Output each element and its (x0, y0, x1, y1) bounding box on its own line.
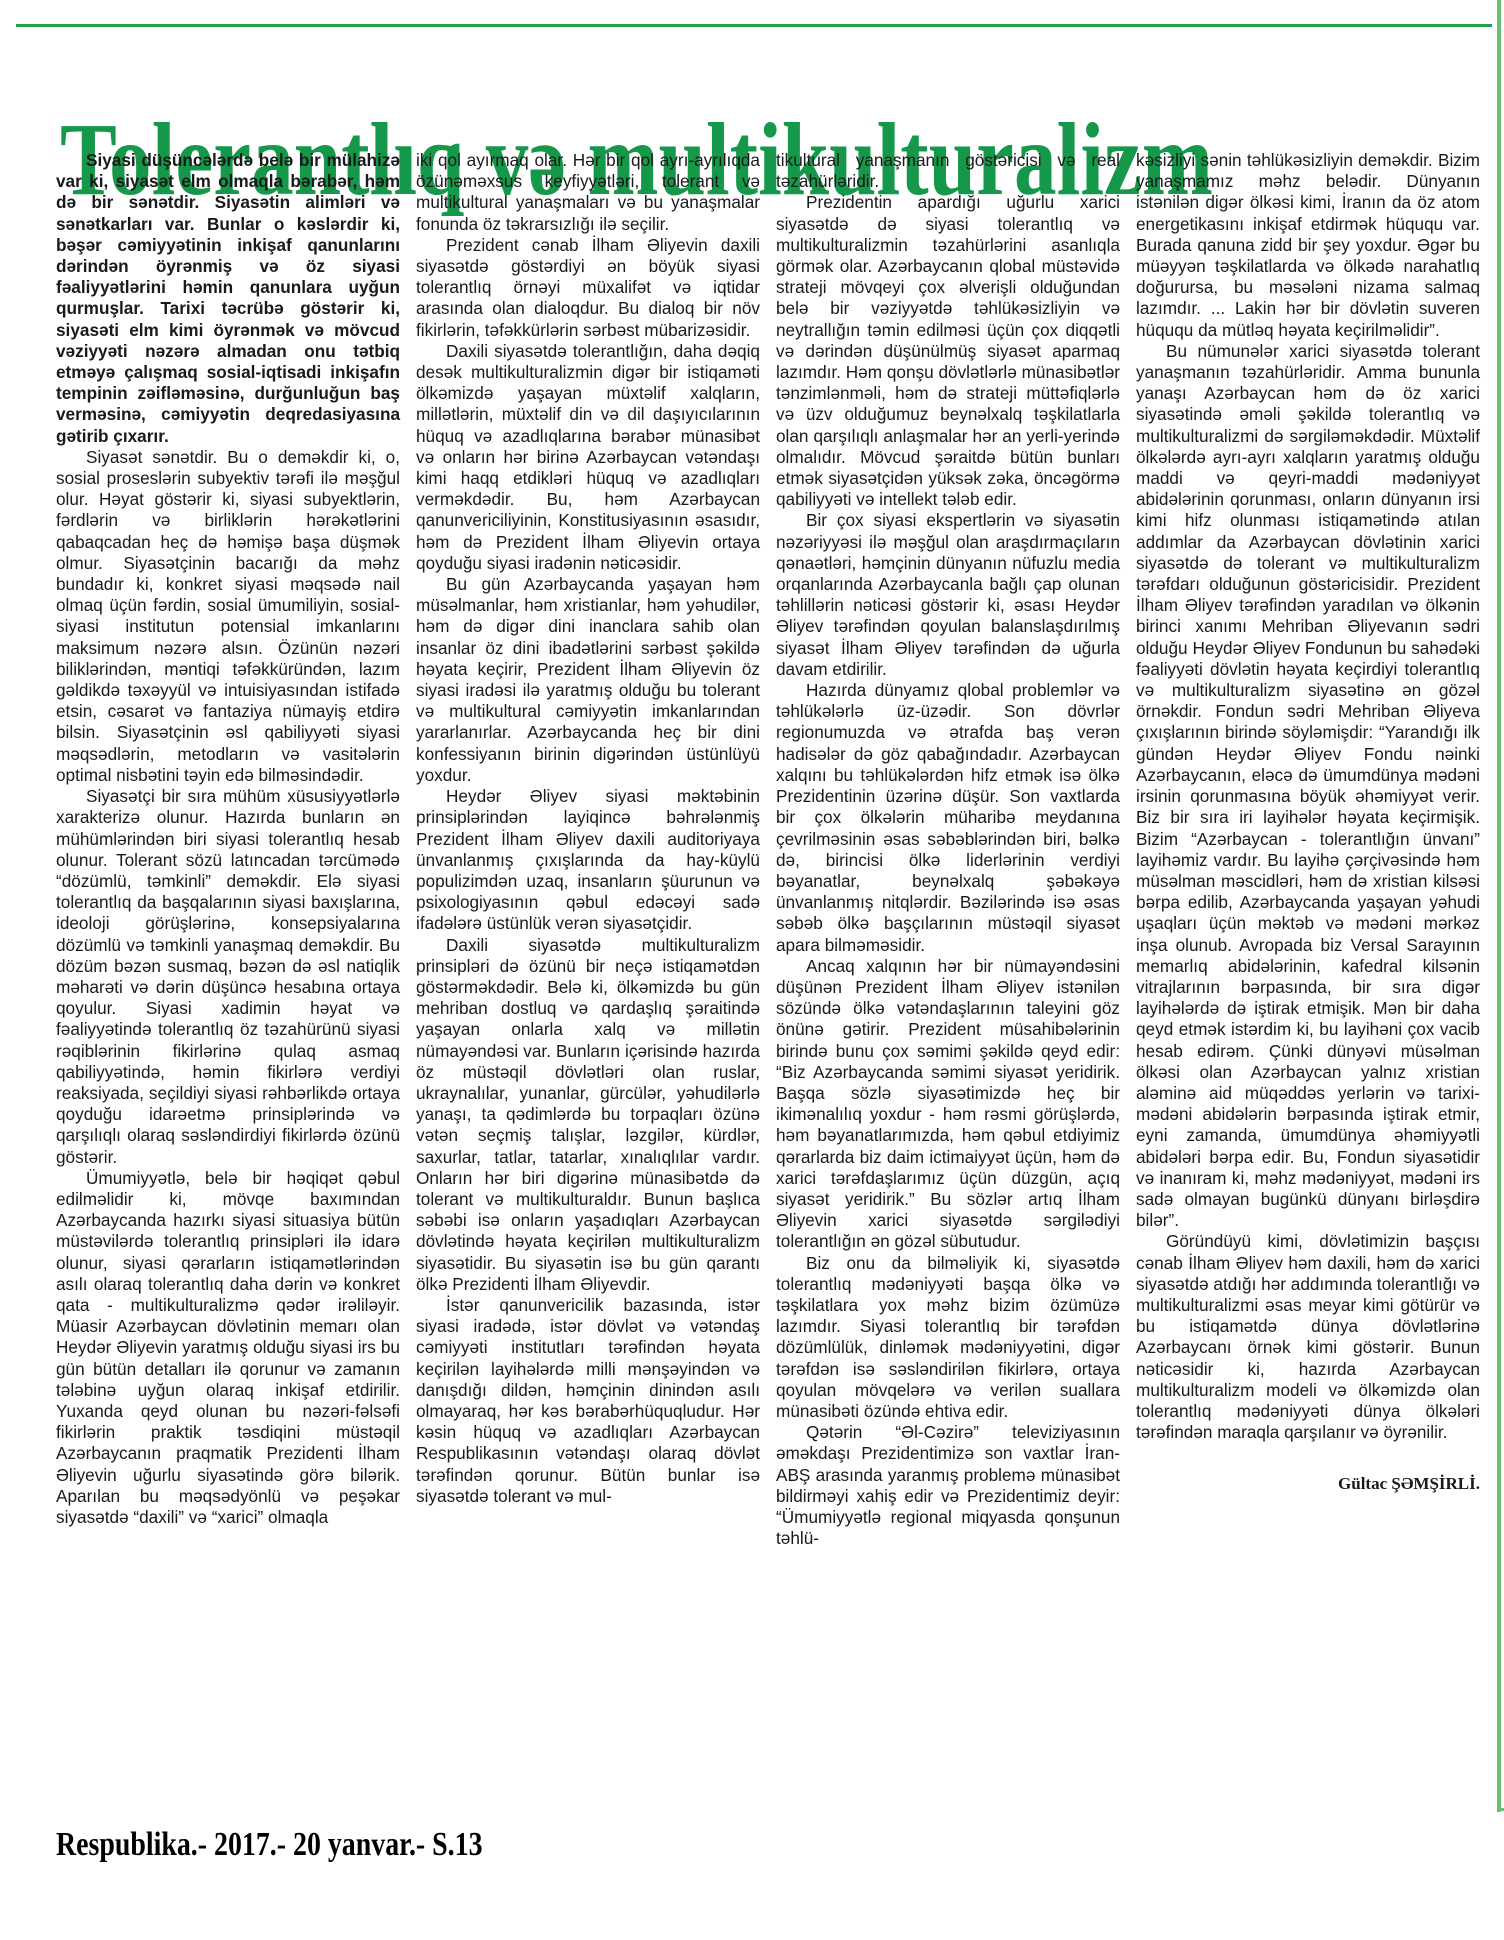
author-signature: Gültac ŞƏMŞİRLİ. (1136, 1473, 1480, 1494)
paragraph: Qətərin “Əl-Cəzirə” televiziyasının əmək… (776, 1422, 1120, 1549)
paragraph: Prezidentin apardığı uğurlu xarici siyas… (776, 192, 1120, 510)
top-green-rule (16, 24, 1492, 27)
paragraph: Ümumiyyətlə, belə bir həqiqət qəbul edil… (56, 1168, 400, 1528)
paragraph: Siyasətçi bir sıra mühüm xüsusiyyətlərlə… (56, 786, 400, 1168)
paragraph: Hazırda dünyamız qlobal problemlər və tə… (776, 680, 1120, 956)
article-body: Siyasi düşüncələrdə belə bir mülahizə va… (56, 150, 1482, 1810)
source-citation: Respublika.- 2017.- 20 yanvar.- S.13 (56, 1826, 483, 1864)
paragraph: Daxili siyasətdə tolerantlığın, daha dəq… (416, 341, 760, 574)
paragraph: Bu nümunələr xarici siyasətdə tolerant y… (1136, 341, 1480, 1232)
paragraph: Bir çox siyasi ekspertlərin və siyasətin… (776, 510, 1120, 680)
paragraph: Prezident cənab İlham Əliyevin daxili si… (416, 235, 760, 341)
paragraph: Ancaq xalqının hər bir nümayəndəsini düş… (776, 956, 1120, 1253)
lead-paragraph: Siyasi düşüncələrdə belə bir mülahizə va… (56, 150, 400, 447)
column-1: Siyasi düşüncələrdə belə bir mülahizə va… (56, 150, 400, 1810)
paragraph: İstər qanunvericilik bazasında, istər si… (416, 1295, 760, 1507)
paragraph: Göründüyü kimi, dövlətimizin başçısı cən… (1136, 1231, 1480, 1443)
paragraph: Biz onu da bilməliyik ki, siyasətdə tole… (776, 1253, 1120, 1423)
paragraph-continued: kəsizliyi sənin təhlükəsizliyin deməkdir… (1136, 150, 1480, 341)
paragraph: Heydər Əliyev siyasi məktəbinin prinsipl… (416, 786, 760, 934)
column-4: kəsizliyi sənin təhlükəsizliyin deməkdir… (1136, 150, 1480, 1810)
paragraph-continued: iki qol ayırmaq olar. Hər bir qol ayrı-a… (416, 150, 760, 235)
right-green-border (1497, 0, 1501, 1812)
column-2: iki qol ayırmaq olar. Hər bir qol ayrı-a… (416, 150, 760, 1810)
paragraph: Siyasət sənətdir. Bu o deməkdir ki, o, s… (56, 447, 400, 786)
paragraph: Bu gün Azərbaycanda yaşayan həm müsəlman… (416, 574, 760, 786)
paragraph: Daxili siyasətdə multikulturalizm prinsi… (416, 935, 760, 1295)
right-green-border-foot (1497, 1808, 1504, 1811)
column-3: tikultural yanaşmanın göstəricisi və rea… (776, 150, 1120, 1810)
paragraph-continued: tikultural yanaşmanın göstəricisi və rea… (776, 150, 1120, 192)
